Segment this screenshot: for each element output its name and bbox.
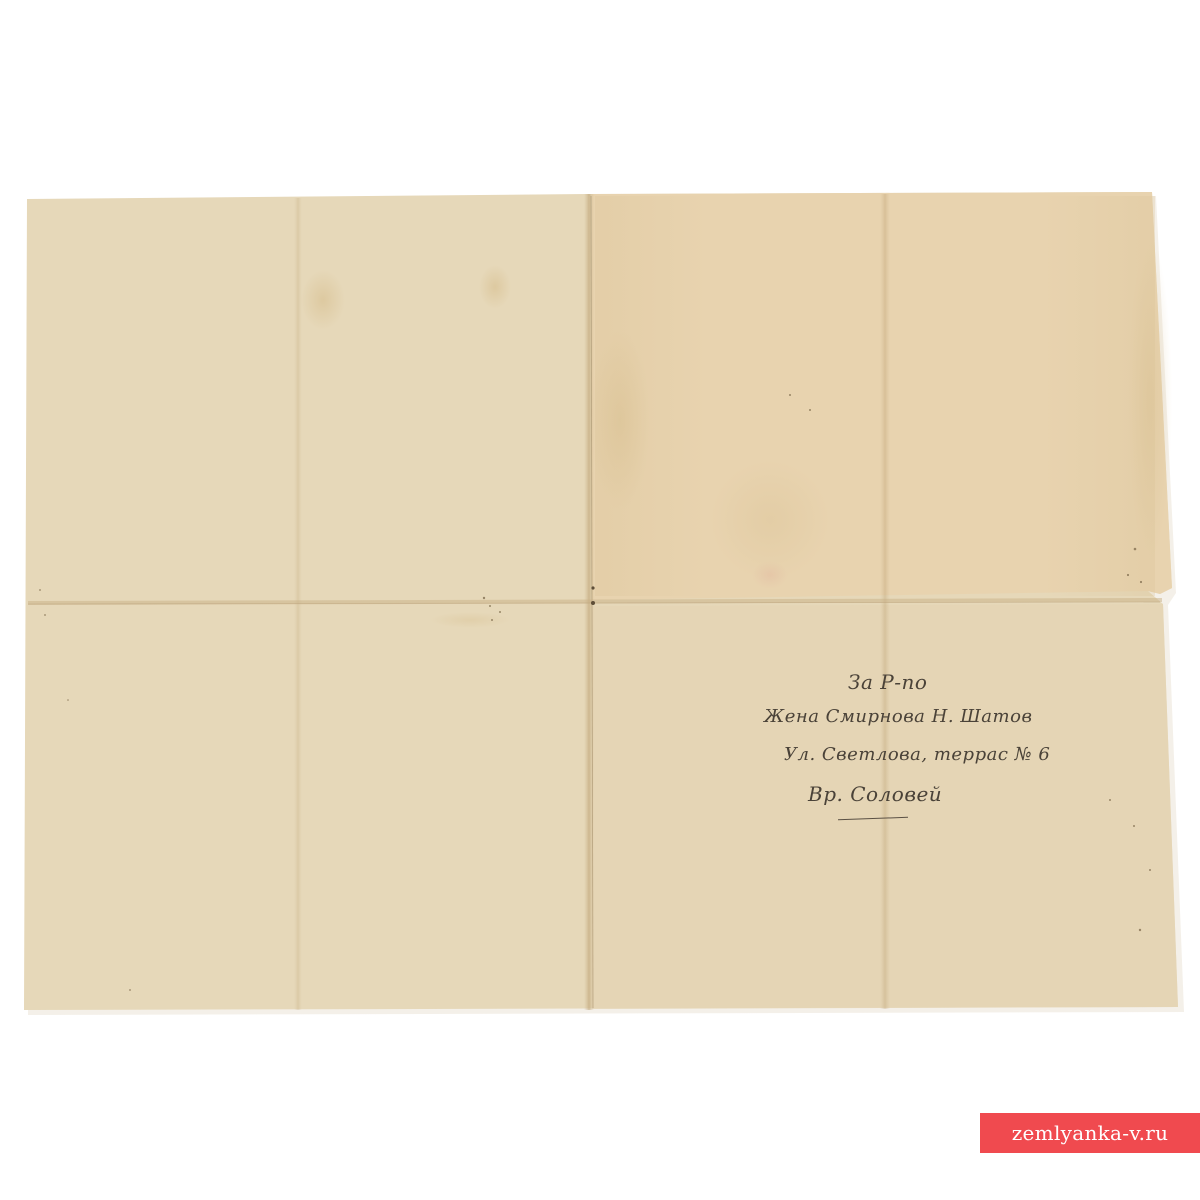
site-watermark: zemlyanka-v.ru [980,1113,1200,1153]
handwriting-line-3: Ул. Светлова, террас № 6 [784,744,1050,765]
document-photo: За Р-по Жена Смирнова Н. Шатов Ул. Светл… [0,0,1200,1200]
handwriting-line-2: Жена Смирнова Н. Шатов [764,706,1032,727]
signature: Вр. Соловей [808,782,942,806]
handwriting-line-1: За Р-по [848,670,927,694]
paper-sheet [0,0,1200,1200]
